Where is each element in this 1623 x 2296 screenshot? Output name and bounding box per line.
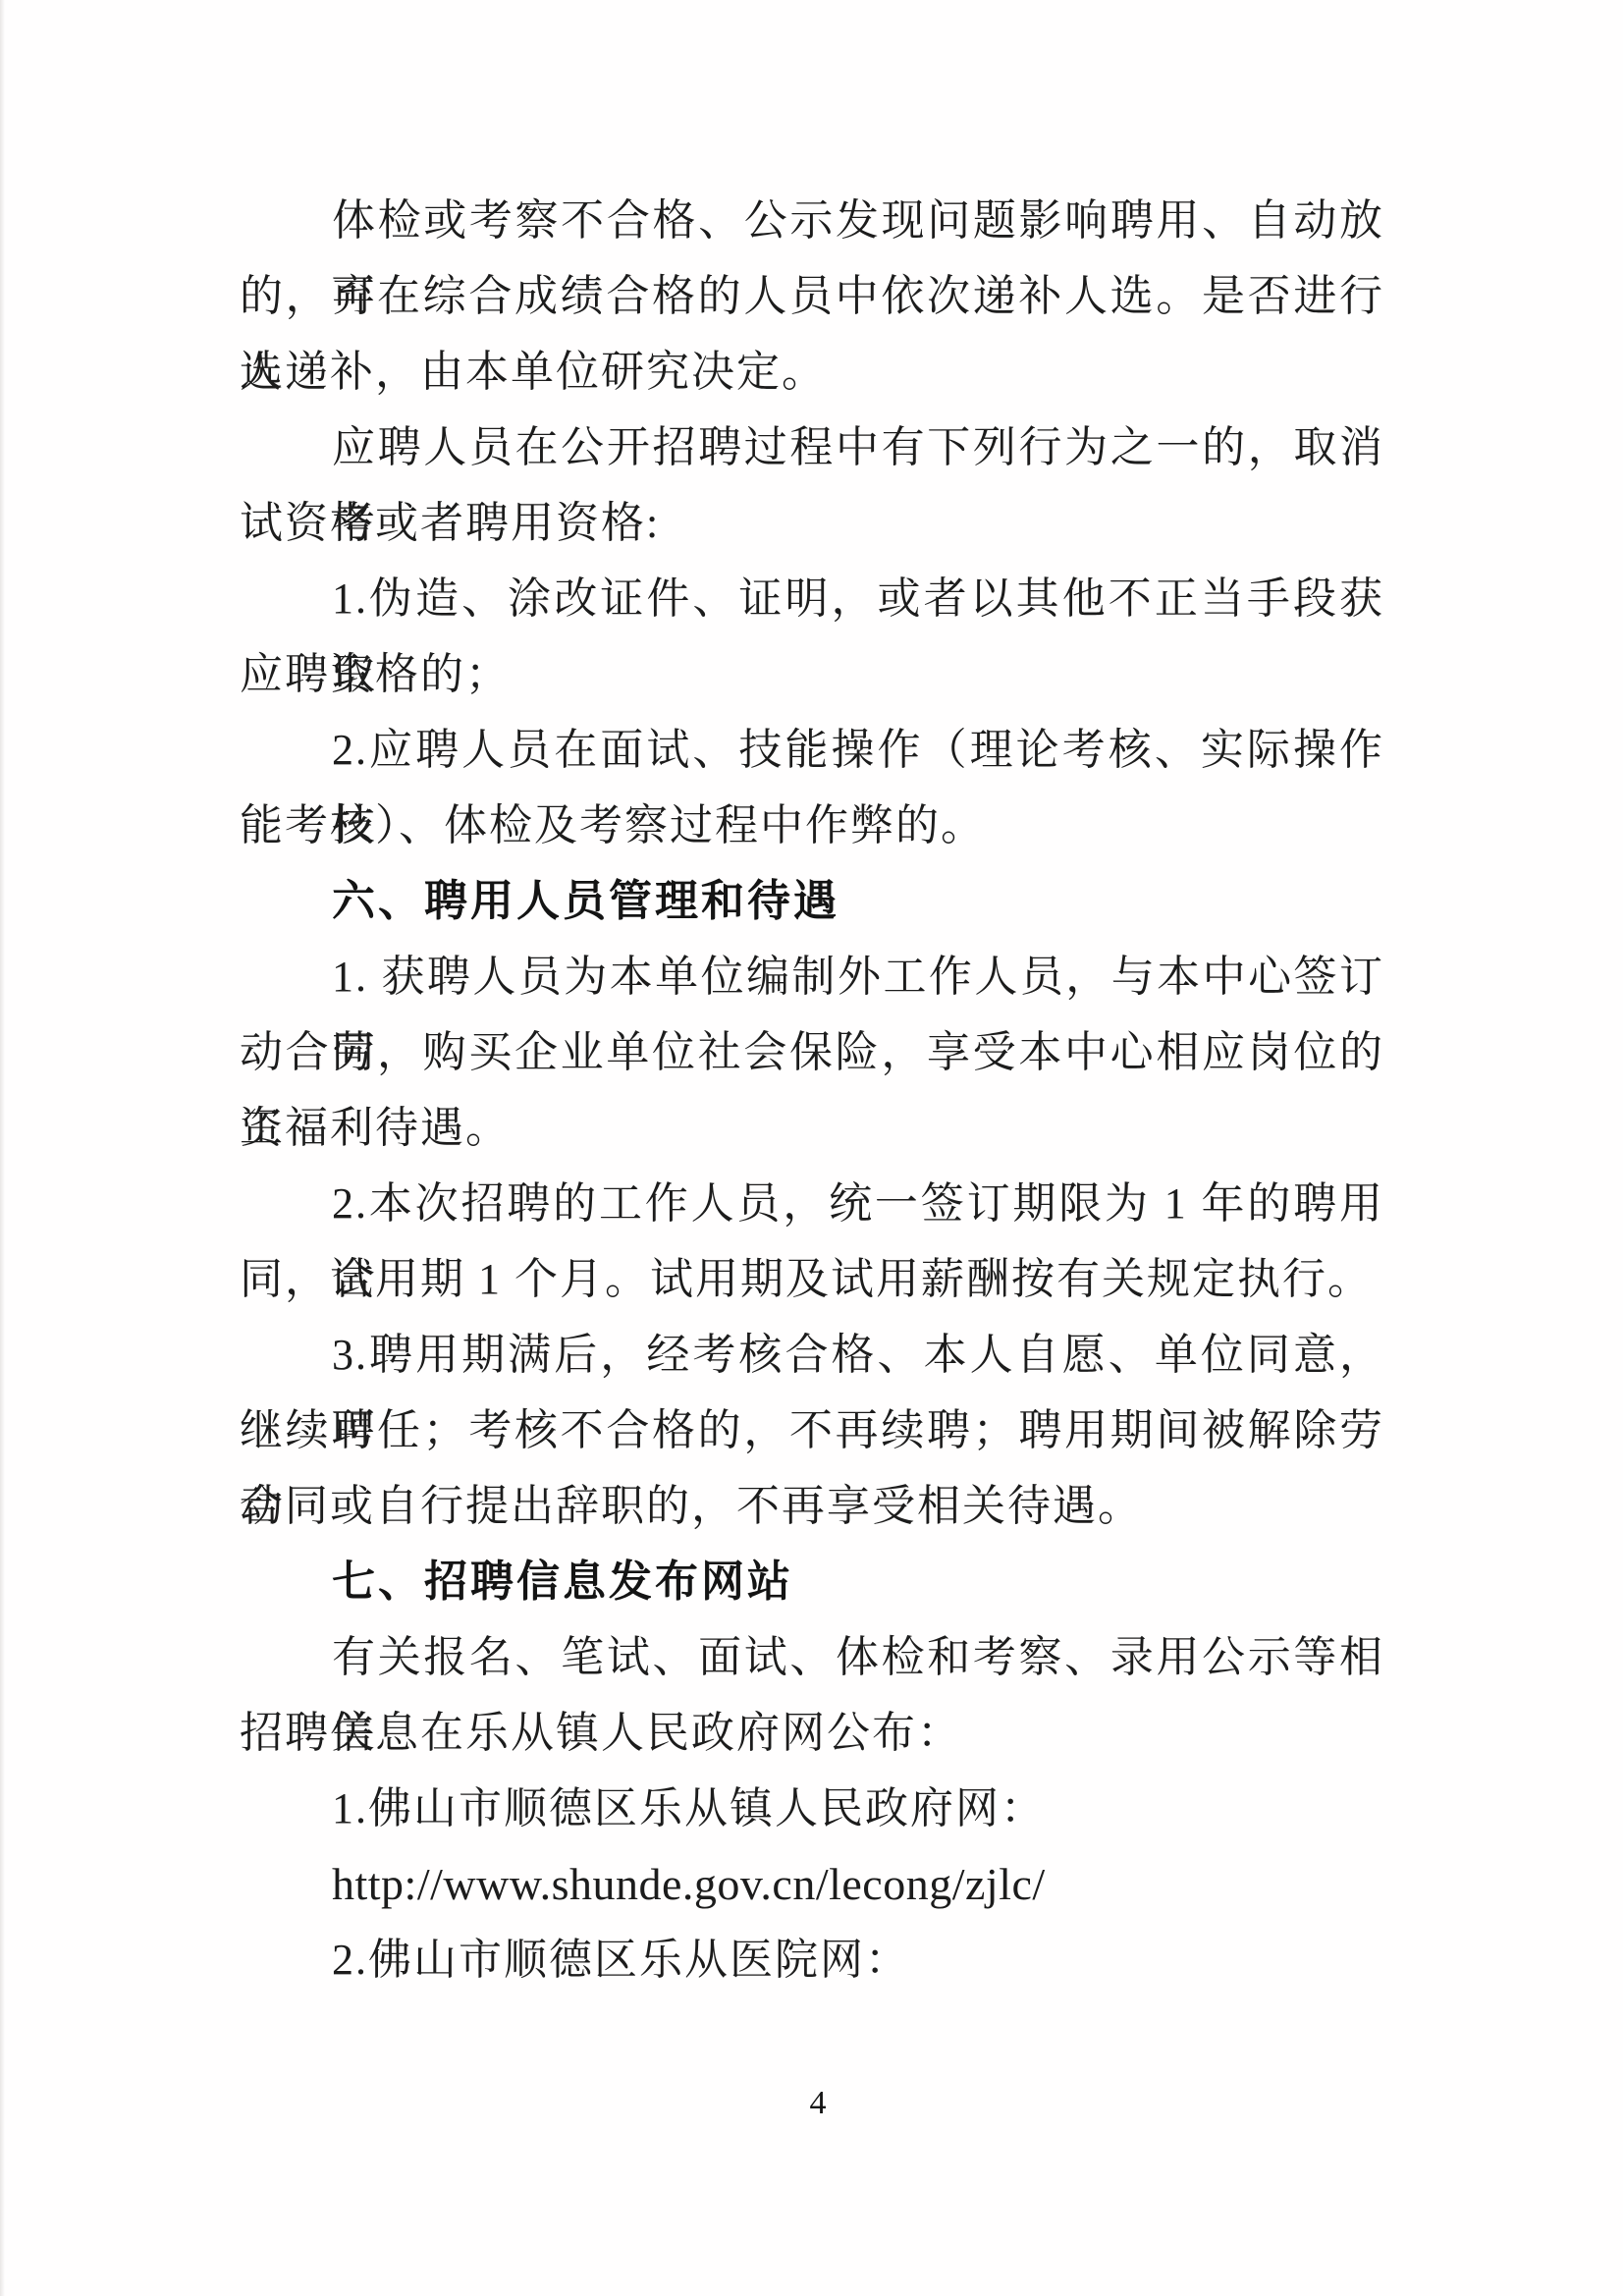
url-text: http://www.shunde.gov.cn/lecong/zjlc/ [240,1846,1384,1922]
text-line: 有关报名、笔试、面试、体检和考察、录用公示等相关 [240,1619,1384,1695]
text-line: 招聘信息在乐从镇人民政府网公布： [240,1695,1384,1771]
text-line: 选递补，由本单位研究决定。 [240,334,1384,410]
page-number: 4 [0,2084,1623,2123]
list-item-1-forgery: 1.伪造、涂改证件、证明，或者以其他不正当手段获取 [240,561,1384,636]
text-line: 1. 获聘人员为本单位编制外工作人员，与本中心签订劳 [240,939,1384,1014]
text-line: 动合同，购买企业单位社会保险，享受本中心相应岗位的工 [240,1014,1384,1090]
scanned-document-page: 体检或考察不合格、公示发现问题影响聘用、自动放弃 的，可在综合成绩合格的人员中依… [0,0,1623,2296]
text-line: 3.聘用期满后，经考核合格、本人自愿、单位同意，可 [240,1317,1384,1393]
text-line: 资福利待遇。 [240,1090,1384,1166]
scan-edge-artifact [0,0,5,2296]
text-line: 2.本次招聘的工作人员，统一签订期限为 1 年的聘用合 [240,1166,1384,1241]
text-line: 的，可在综合成绩合格的人员中依次递补人选。是否进行人 [240,258,1384,334]
text-line: 继续聘任；考核不合格的，不再续聘；聘用期间被解除劳动 [240,1393,1384,1468]
document-body: 体检或考察不合格、公示发现问题影响聘用、自动放弃 的，可在综合成绩合格的人员中依… [240,183,1384,1997]
text-line: 应聘资格的； [240,636,1384,712]
text-line: 试资格或者聘用资格: [240,485,1384,561]
section-7-heading: 七、招聘信息发布网站 [240,1544,1384,1619]
text-line: 1.佛山市顺德区乐从镇人民政府网： [240,1771,1384,1846]
list-item-2-cheating: 2.应聘人员在面试、技能操作（理论考核、实际操作技 [240,712,1384,788]
text-line: 体检或考察不合格、公示发现问题影响聘用、自动放弃 [240,183,1384,258]
text-line: 同，试用期 1 个月。试用期及试用薪酬按有关规定执行。 [240,1241,1384,1317]
section-6-heading: 六、聘用人员管理和待遇 [240,863,1384,939]
text-line: 应聘人员在公开招聘过程中有下列行为之一的，取消考 [240,410,1384,485]
text-line: 合同或自行提出辞职的，不再享受相关待遇。 [240,1468,1384,1544]
text-line: 2.佛山市顺德区乐从医院网： [240,1922,1384,1997]
text-line: 能考核）、体检及考察过程中作弊的。 [240,788,1384,863]
